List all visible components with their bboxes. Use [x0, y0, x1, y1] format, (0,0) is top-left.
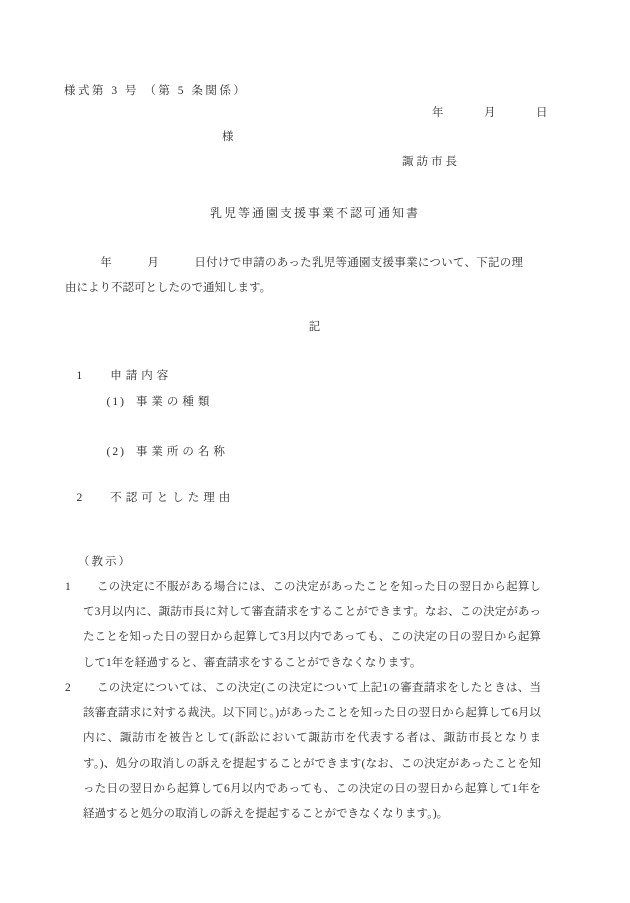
appeal-instruction-1: 1この決定に不服がある場合には、この決定があったことを知った日の翌日から起算して…	[65, 575, 541, 676]
appeal-instructions-heading: （教示）	[78, 555, 132, 570]
notification-body: 年 月 日付けで申請のあった乳児等通園支援事業について、下記の理由により不認可と…	[65, 251, 523, 301]
addressee-honorific: 様	[222, 130, 236, 145]
subitem-label: 事業所の名称	[136, 446, 229, 458]
ki-marker: 記	[0, 320, 630, 335]
item-number: 1	[77, 370, 85, 382]
business-type-subitem: (1)事業の種類	[95, 381, 213, 423]
document-page: 様式第 3 号 （第 5 条関係） 年 月 日 様 諏訪市長 乳児等通園支援事業…	[0, 0, 630, 903]
paragraph-number: 2	[65, 682, 71, 694]
date-line: 年 月 日	[432, 106, 549, 121]
item-label: 不認可とした理由	[110, 492, 234, 504]
disapproval-reason-item: 2不認可とした理由	[65, 477, 234, 519]
paragraph-text: この決定については、この決定(この決定について上記1の審査請求をしたときは、当該…	[83, 682, 541, 820]
subitem-label: 事業の種類	[136, 396, 214, 408]
document-title: 乳児等通園支援事業不認可通知書	[0, 206, 630, 221]
subitem-number: (1)	[107, 396, 126, 408]
paragraph-number: 1	[65, 581, 71, 593]
sender-title: 諏訪市長	[402, 155, 460, 170]
item-number: 2	[77, 492, 85, 504]
appeal-instruction-2: 2この決定については、この決定(この決定について上記1の審査請求をしたときは、当…	[65, 676, 541, 827]
business-name-subitem: (2)事業所の名称	[95, 431, 229, 473]
subitem-number: (2)	[107, 446, 126, 458]
paragraph-text: この決定に不服がある場合には、この決定があったことを知った日の翌日から起算して3…	[83, 581, 541, 669]
form-number-label: 様式第 3 号 （第 5 条関係）	[64, 84, 247, 99]
